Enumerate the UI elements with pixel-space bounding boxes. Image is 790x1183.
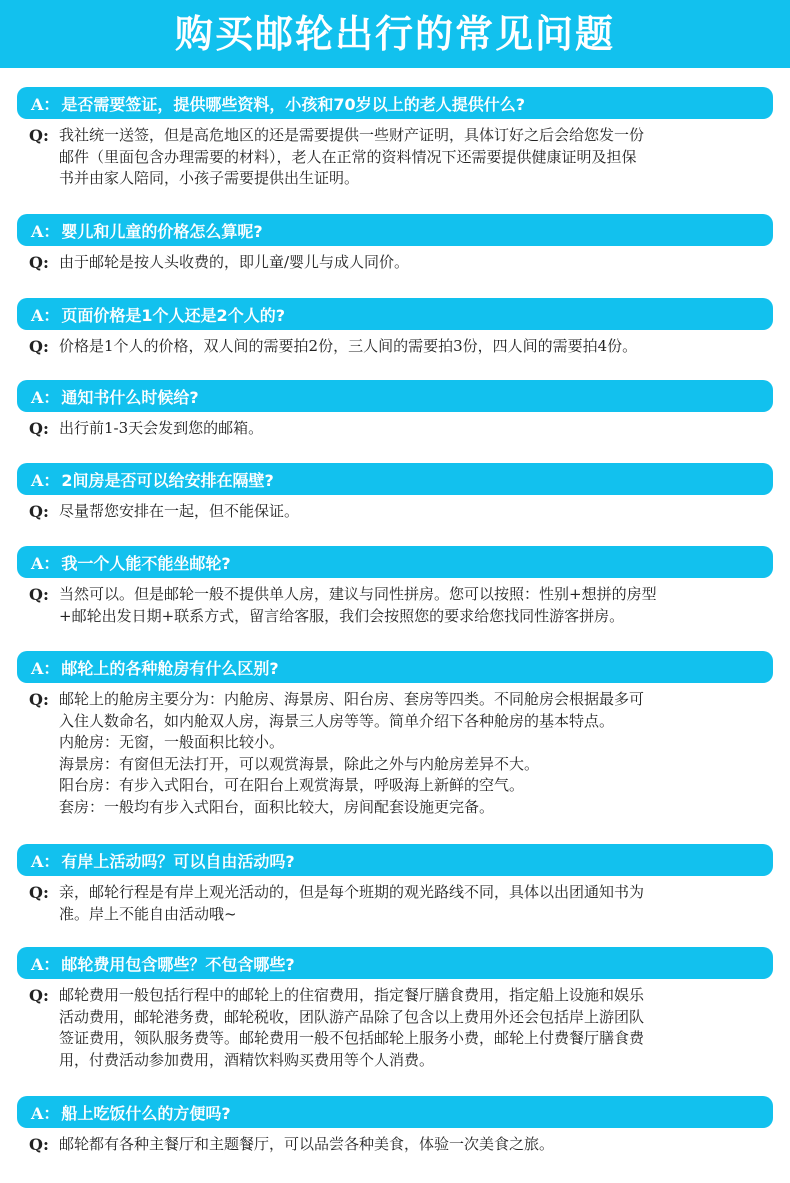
question-prefix: A： xyxy=(31,849,59,872)
answer-line: 活动费用，邮轮港务费，邮轮税收，团队游产品除了包含以上费用外还会包括岸上游团队 xyxy=(59,1007,753,1029)
answer-line: 尽量帮您安排在一起，但不能保证。 xyxy=(59,501,753,523)
faq-item: A： 邮轮费用包含哪些？不包含哪些? Q: 邮轮费用一般包括行程中的邮轮上的住宿… xyxy=(17,947,773,1071)
faq-answer: Q: 尽量帮您安排在一起，但不能保证。 xyxy=(17,501,773,523)
question-prefix: A： xyxy=(31,385,59,408)
question-prefix: A： xyxy=(31,656,59,679)
question-prefix: A： xyxy=(31,551,59,574)
faq-question: 婴儿和儿童的价格怎么算呢? xyxy=(61,219,262,242)
faq-question: 邮轮费用包含哪些？不包含哪些? xyxy=(61,952,294,975)
answer-prefix: Q: xyxy=(29,336,59,358)
answer-line: 阳台房：有步入式阳台，可在阳台上观赏海景，呼吸海上新鲜的空气。 xyxy=(59,775,753,797)
faq-answer: Q: 由于邮轮是按人头收费的，即儿童/婴儿与成人同价。 xyxy=(17,252,773,274)
answer-line: 由于邮轮是按人头收费的，即儿童/婴儿与成人同价。 xyxy=(59,252,753,274)
faq-question-bar: A： 邮轮费用包含哪些？不包含哪些? xyxy=(17,947,773,979)
answer-prefix: Q: xyxy=(29,985,59,1071)
faq-question-bar: A： 船上吃饭什么的方便吗? xyxy=(17,1096,773,1128)
answer-prefix: Q: xyxy=(29,584,59,627)
faq-item: A： 我一个人能不能坐邮轮? Q: 当然可以。但是邮轮一般不提供单人房，建议与同… xyxy=(17,546,773,627)
faq-question: 我一个人能不能坐邮轮? xyxy=(61,551,230,574)
answer-line: 海景房：有窗但无法打开，可以观赏海景，除此之外与内舱房差异不大。 xyxy=(59,754,753,776)
answer-line: 邮轮费用一般包括行程中的邮轮上的住宿费用，指定餐厅膳食费用，指定船上设施和娱乐 xyxy=(59,985,753,1007)
answer-prefix: Q: xyxy=(29,1134,59,1156)
answer-prefix: Q: xyxy=(29,501,59,523)
answer-line: 邮轮上的舱房主要分为：内舱房、海景房、阳台房、套房等四类。不同舱房会根据最多可 xyxy=(59,689,753,711)
answer-line: 亲，邮轮行程是有岸上观光活动的，但是每个班期的观光路线不同，具体以出团通知书为 xyxy=(59,882,753,904)
answer-line: 用，付费活动参加费用，酒精饮料购买费用等个人消费。 xyxy=(59,1050,753,1072)
answer-line: 入住人数命名，如内舱双人房，海景三人房等等。简单介绍下各种舱房的基本特点。 xyxy=(59,711,753,733)
answer-line: 内舱房：无窗，一般面积比较小。 xyxy=(59,732,753,754)
faq-item: A： 船上吃饭什么的方便吗? Q: 邮轮都有各种主餐厅和主题餐厅，可以品尝各种美… xyxy=(17,1096,773,1156)
page-title: 购买邮轮出行的常见问题 xyxy=(175,15,615,53)
faq-question-bar: A： 有岸上活动吗？可以自由活动吗? xyxy=(17,844,773,876)
question-prefix: A： xyxy=(31,1101,59,1124)
answer-line: 套房：一般均有步入式阳台，面积比较大，房间配套设施更完备。 xyxy=(59,797,753,819)
faq-item: A： 有岸上活动吗？可以自由活动吗? Q: 亲，邮轮行程是有岸上观光活动的，但是… xyxy=(17,844,773,925)
faq-answer: Q: 当然可以。但是邮轮一般不提供单人房，建议与同性拼房。您可以按照：性别+想拼… xyxy=(17,584,773,627)
answer-line: +邮轮出发日期+联系方式，留言给客服，我们会按照您的要求给您找同性游客拼房。 xyxy=(59,606,753,628)
faq-question-bar: A： 邮轮上的各种舱房有什么区别? xyxy=(17,651,773,683)
faq-answer: Q: 亲，邮轮行程是有岸上观光活动的，但是每个班期的观光路线不同，具体以出团通知… xyxy=(17,882,773,925)
answer-prefix: Q: xyxy=(29,689,59,818)
answer-prefix: Q: xyxy=(29,125,59,190)
faq-question-bar: A： 是否需要签证，提供哪些资料，小孩和70岁以上的老人提供什么? xyxy=(17,87,773,119)
faq-answer: Q: 我社统一送签，但是高危地区的还是需要提供一些财产证明，具体订好之后会给您发… xyxy=(17,125,773,190)
faq-question-bar: A： 婴儿和儿童的价格怎么算呢? xyxy=(17,214,773,246)
faq-item: A： 页面价格是1个人还是2个人的? Q: 价格是1个人的价格，双人间的需要拍2… xyxy=(17,298,773,358)
faq-question: 页面价格是1个人还是2个人的? xyxy=(61,303,285,326)
faq-answer: Q: 邮轮上的舱房主要分为：内舱房、海景房、阳台房、套房等四类。不同舱房会根据最… xyxy=(17,689,773,818)
page-header: 购买邮轮出行的常见问题 xyxy=(0,0,790,68)
faq-item: A： 2间房是否可以给安排在隔壁? Q: 尽量帮您安排在一起，但不能保证。 xyxy=(17,463,773,523)
faq-question-bar: A： 我一个人能不能坐邮轮? xyxy=(17,546,773,578)
faq-question: 是否需要签证，提供哪些资料，小孩和70岁以上的老人提供什么? xyxy=(61,92,525,115)
faq-answer: Q: 邮轮费用一般包括行程中的邮轮上的住宿费用，指定餐厅膳食费用，指定船上设施和… xyxy=(17,985,773,1071)
answer-prefix: Q: xyxy=(29,418,59,440)
answer-line: 价格是1个人的价格，双人间的需要拍2份，三人间的需要拍3份，四人间的需要拍4份。 xyxy=(59,336,753,358)
question-prefix: A： xyxy=(31,303,59,326)
answer-line: 准。岸上不能自由活动哦~ xyxy=(59,904,753,926)
question-prefix: A： xyxy=(31,468,59,491)
faq-question-bar: A： 通知书什么时候给? xyxy=(17,380,773,412)
answer-line: 我社统一送签，但是高危地区的还是需要提供一些财产证明，具体订好之后会给您发一份 xyxy=(59,125,753,147)
answer-prefix: Q: xyxy=(29,882,59,925)
faq-question-bar: A： 页面价格是1个人还是2个人的? xyxy=(17,298,773,330)
question-prefix: A： xyxy=(31,92,59,115)
faq-answer: Q: 邮轮都有各种主餐厅和主题餐厅，可以品尝各种美食，体验一次美食之旅。 xyxy=(17,1134,773,1156)
faq-question: 2间房是否可以给安排在隔壁? xyxy=(61,468,273,491)
answer-line: 书并由家人陪同，小孩子需要提供出生证明。 xyxy=(59,168,753,190)
answer-line: 邮轮都有各种主餐厅和主题餐厅，可以品尝各种美食，体验一次美食之旅。 xyxy=(59,1134,753,1156)
question-prefix: A： xyxy=(31,952,59,975)
faq-question: 通知书什么时候给? xyxy=(61,385,198,408)
faq-item: A： 通知书什么时候给? Q: 出行前1-3天会发到您的邮箱。 xyxy=(17,380,773,440)
faq-question: 船上吃饭什么的方便吗? xyxy=(61,1101,230,1124)
answer-line: 出行前1-3天会发到您的邮箱。 xyxy=(59,418,753,440)
faq-item: A： 邮轮上的各种舱房有什么区别? Q: 邮轮上的舱房主要分为：内舱房、海景房、… xyxy=(17,651,773,818)
faq-answer: Q: 价格是1个人的价格，双人间的需要拍2份，三人间的需要拍3份，四人间的需要拍… xyxy=(17,336,773,358)
question-prefix: A： xyxy=(31,219,59,242)
answer-line: 当然可以。但是邮轮一般不提供单人房，建议与同性拼房。您可以按照：性别+想拼的房型 xyxy=(59,584,753,606)
faq-question: 有岸上活动吗？可以自由活动吗? xyxy=(61,849,294,872)
faq-item: A： 婴儿和儿童的价格怎么算呢? Q: 由于邮轮是按人头收费的，即儿童/婴儿与成… xyxy=(17,214,773,274)
answer-line: 邮件（里面包含办理需要的材料），老人在正常的资料情况下还需要提供健康证明及担保 xyxy=(59,147,753,169)
faq-item: A： 是否需要签证，提供哪些资料，小孩和70岁以上的老人提供什么? Q: 我社统… xyxy=(17,87,773,190)
faq-question-bar: A： 2间房是否可以给安排在隔壁? xyxy=(17,463,773,495)
faq-question: 邮轮上的各种舱房有什么区别? xyxy=(61,656,278,679)
answer-line: 签证费用，领队服务费等。邮轮费用一般不包括邮轮上服务小费，邮轮上付费餐厅膳食费 xyxy=(59,1028,753,1050)
answer-prefix: Q: xyxy=(29,252,59,274)
faq-answer: Q: 出行前1-3天会发到您的邮箱。 xyxy=(17,418,773,440)
